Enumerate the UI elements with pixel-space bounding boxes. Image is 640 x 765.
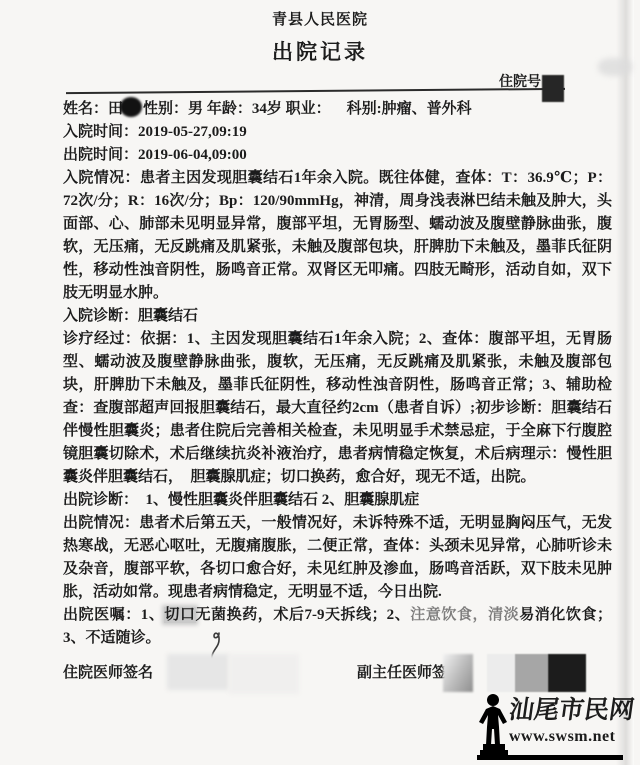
resident-signature-redaction [167,654,229,690]
section-label: 入院诊断： [63,308,138,324]
watermark-site-name: 汕尾市民网 [507,696,625,726]
site-watermark: 汕尾市民网 www.swsm.net [477,690,623,760]
name-label: 姓名： [63,101,108,117]
hospital-name: 青县人民医院 [0,8,640,29]
deputy-signature-redaction-gray [515,654,548,692]
resident-physician-label: 住院医师签名 [63,654,153,692]
section-text: 2019-05-27,09:19 [138,124,247,140]
section-label: 诊疗经过： [63,331,140,347]
orders-faded-text: 注意饮食，清淡 [410,607,519,623]
orders-seg2: 无菌换药，术后7-9天拆线；2、 [196,607,411,623]
section-text: 1、慢性胆囊炎伴胆囊结石 2、胆囊腺肌症 [131,492,420,508]
section-label: 出院时间： [63,147,138,163]
deputy-signature-redaction-light [487,654,515,692]
section-text: 患者主因发现胆囊结石1年余入院。既往体健，查体：T：36.9℃；P：72次/分；… [63,170,612,301]
gender-value: 男 [188,101,203,117]
section-discharge-time: 出院时间：2019-06-04,09:00 [63,144,612,167]
record-body: 姓名：田性别：男 年龄：34岁 职业：科别:肿瘤、普外科 入院时间：2019-0… [0,97,640,650]
deputy-signature-redaction-black [548,654,586,692]
resident-signature-redaction-2 [229,654,299,694]
occupation-label: 职业： [286,101,331,117]
deputy-chief-physician-label: 副主任医师签 [357,654,447,692]
section-admission-diagnosis: 入院诊断：胆囊结石 [63,305,612,328]
section-admission-time: 入院时间：2019-05-27,09:19 [63,121,612,144]
name-redaction [120,97,142,117]
section-text: 患者术后第五天，一般情况好，未诉特殊不适，无明显胸闷压气，无发热寒战，无恶心呕吐… [63,515,612,600]
document-title: 出院记录 [0,36,640,66]
patient-info-line: 姓名：田性别：男 年龄：34岁 职业：科别:肿瘤、普外科 [63,97,612,121]
orders-seg1: 1、 [141,607,165,623]
section-text: 依据：1、主因发现胆囊结石1年余入院；2、查体：腹部平坦，无胃肠型、蠕动波及腹壁… [63,331,612,485]
section-label: 出院医嘱： [63,607,141,623]
admission-number-redaction [542,75,564,102]
section-discharge-condition: 出院情况：患者术后第五天，一般情况好，未诉特殊不适，无明显胸闷压气，无发热寒战，… [63,512,612,604]
section-label: 入院时间： [63,124,138,140]
admission-number-label: 住院号 [499,71,541,91]
watermark-site-url: www.swsm.net [509,726,623,748]
section-label: 出院情况： [63,515,139,531]
watermark-text: 汕尾市民网 www.swsm.net [509,696,623,748]
discharge-record-page: 青县人民医院 出院记录 住院号 姓名：田性别：男 年龄：34岁 职业：科别:肿瘤… [0,0,640,765]
gender-label: 性别： [143,101,188,117]
section-discharge-orders: 出院医嘱：1、切口无菌换药，术后7-9天拆线；2、注意饮食，清淡易消化饮食；3、… [63,604,612,650]
orders-smudged-text: 切口 [164,607,195,623]
section-discharge-diagnosis: 出院诊断： 1、慢性胆囊炎伴胆囊结石 2、胆囊腺肌症 [63,489,612,512]
section-label: 入院情况： [63,170,140,186]
section-admission-condition: 入院情况：患者主因发现胆囊结石1年余入院。既往体健，查体：T：36.9℃；P：7… [63,167,612,305]
department-label: 科别: [347,101,382,117]
section-text: 2019-06-04,09:00 [138,147,247,163]
section-label: 出院诊断： [63,492,131,508]
admission-number-row: 住院号 [0,69,640,93]
section-text: 胆囊结石 [138,308,198,324]
section-treatment-course: 诊疗经过：依据：1、主因发现胆囊结石1年余入院；2、查体：腹部平坦，无胃肠型、蠕… [63,328,612,489]
department-value: 肿瘤、普外科 [382,101,472,117]
age-value: 34岁 [252,101,282,117]
deputy-signature-redaction-gradient [443,654,473,692]
age-label: 年龄： [207,101,252,117]
